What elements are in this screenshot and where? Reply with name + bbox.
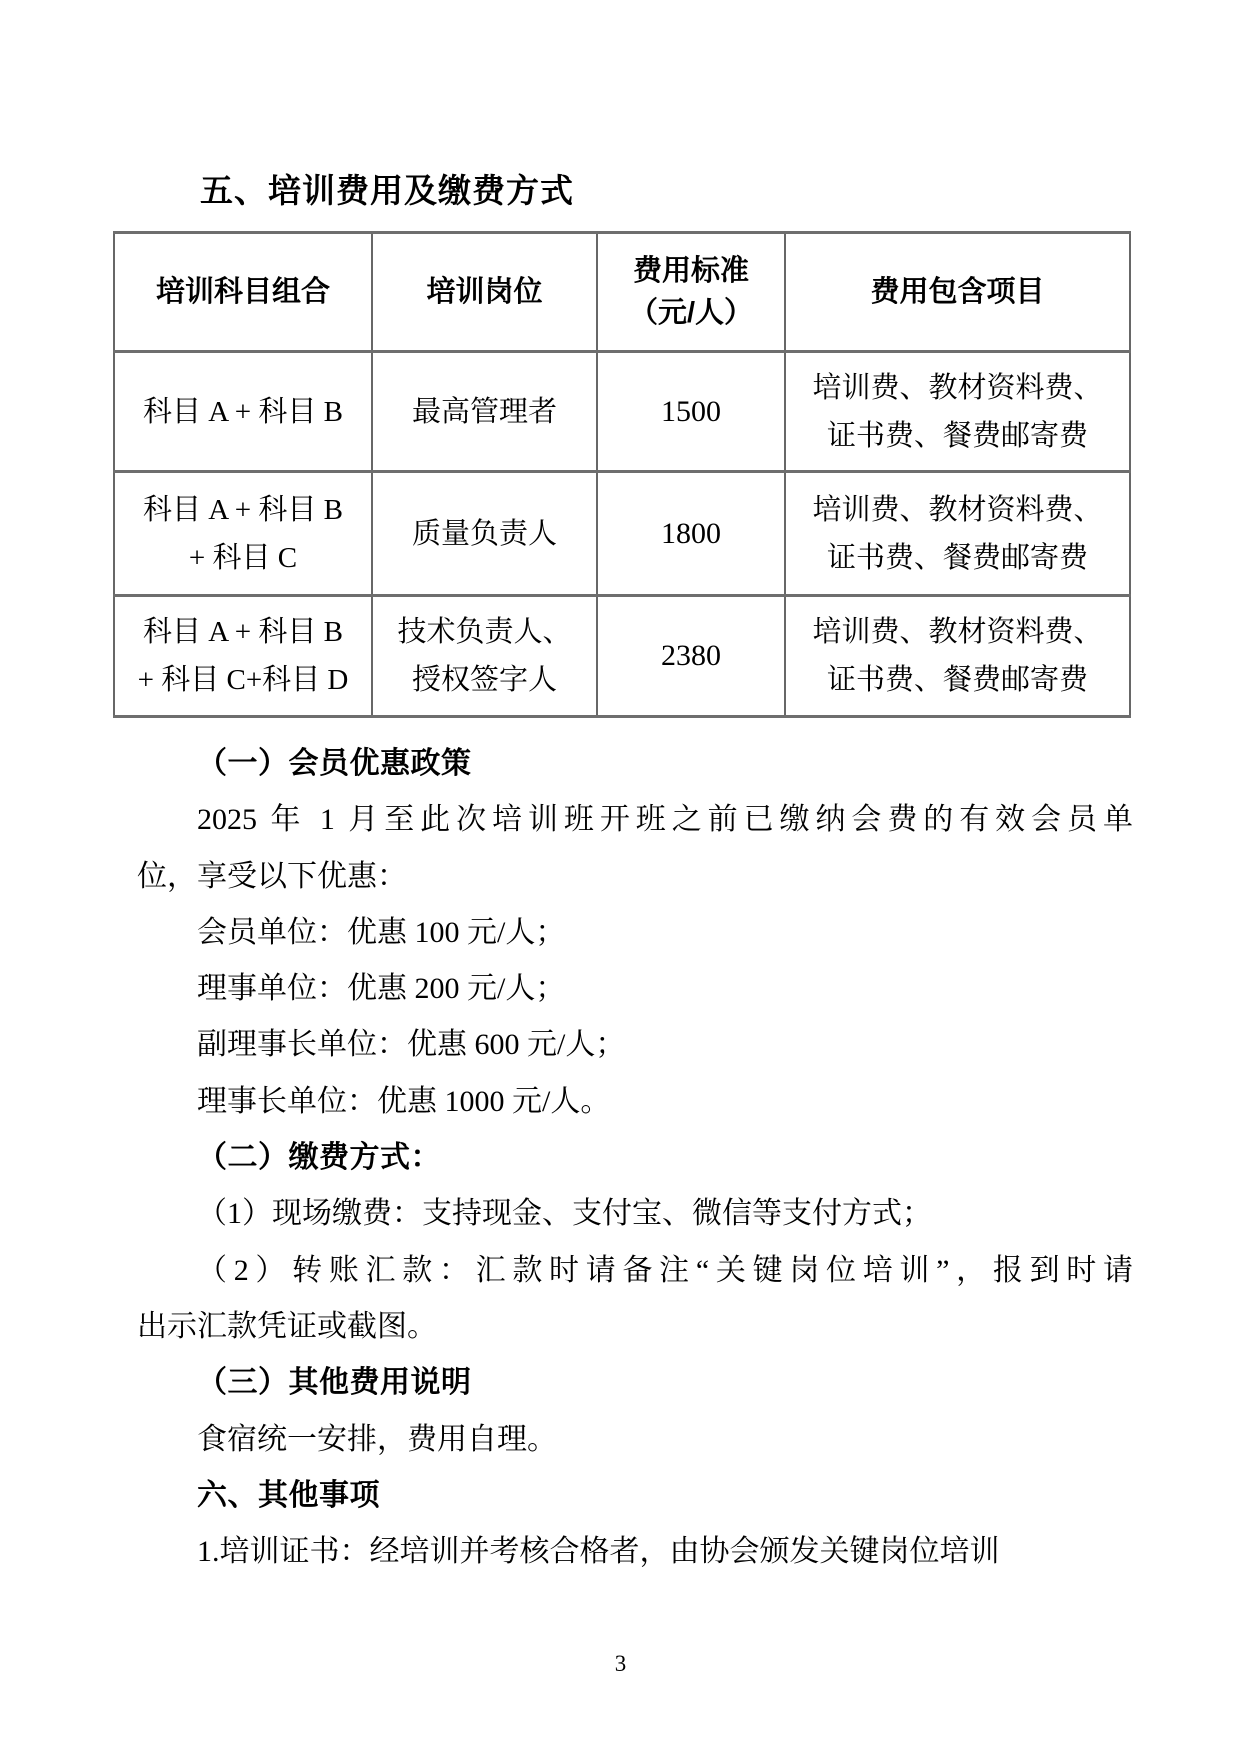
cell-fee: 1800 [597,472,785,596]
para-training-certificate: 1.培训证书：经培训并考核合格者，由协会颁发关键岗位培训 [137,1524,1133,1580]
cell-fee: 2380 [597,596,785,717]
cell-subjects: 科目 A + 科目 B [114,352,372,472]
cell-includes: 培训费、教材资料费、 证书费、餐费邮寄费 [785,472,1130,596]
fee-value: 1500 [661,395,721,428]
heading-other-matters: 六、其他事项 [137,1468,1133,1524]
header-fee-line1: 费用标准 [598,250,784,292]
discount-vice-chairman-unit: 副理事长单位：优惠 600 元/人； [137,1017,1133,1073]
position-line: 技术负责人、 [373,608,596,656]
fee-value: 2380 [661,639,721,672]
cell-subjects: 科目 A + 科目 B + 科目 C [114,472,372,596]
table-row: 科目 A + 科目 B + 科目 C 质量负责人 1800 培训费、教材资料费、… [114,472,1130,596]
includes-line: 证书费、餐费邮寄费 [786,412,1129,460]
page-number: 3 [0,1650,1241,1678]
payment-onsite: （1）现场缴费：支持现金、支付宝、微信等支付方式； [137,1186,1133,1242]
table-row: 科目 A + 科目 B + 科目 C+科目 D 技术负责人、 授权签字人 238… [114,596,1130,717]
page-title: 五、培训费用及缴费方式 [200,172,574,210]
header-fee-line2: （元/人） [598,292,784,334]
body-text: （一）会员优惠政策 2025 年 1 月至此次培训班开班之前已缴纳会费的有效会员… [137,736,1133,1580]
heading-member-discount-policy: （一）会员优惠政策 [137,736,1133,792]
table-header-row: 培训科目组合 培训岗位 费用标准 （元/人） 费用包含项目 [114,233,1130,352]
includes-line: 培训费、教材资料费、 [786,364,1129,412]
document-page: 五、培训费用及缴费方式 培训科目组合 培训岗位 费用标准 （元/人） 费用包含项… [0,0,1241,1755]
position-line: 授权签字人 [373,656,596,704]
heading-other-fees: （三）其他费用说明 [137,1355,1133,1411]
cell-fee: 1500 [597,352,785,472]
includes-line: 培训费、教材资料费、 [786,608,1129,656]
includes-line: 证书费、餐费邮寄费 [786,656,1129,704]
cell-position: 质量负责人 [372,472,597,596]
subjects-line: + 科目 C+科目 D [115,656,371,704]
header-position: 培训岗位 [372,233,597,352]
header-includes: 费用包含项目 [785,233,1130,352]
header-subjects: 培训科目组合 [114,233,372,352]
subjects-line: 科目 A + 科目 B [115,608,371,656]
subjects-line: 科目 A + 科目 B [115,486,371,534]
para-member-eligibility-line1: 2025 年 1 月至此次培训班开班之前已缴纳会费的有效会员单 [137,792,1133,848]
para-lodging: 食宿统一安排，费用自理。 [137,1412,1133,1468]
table-row: 科目 A + 科目 B 最高管理者 1500 培训费、教材资料费、 证书费、餐费… [114,352,1130,472]
para-member-eligibility-line2: 位，享受以下优惠： [137,849,1133,905]
cell-includes: 培训费、教材资料费、 证书费、餐费邮寄费 [785,352,1130,472]
subjects-line: + 科目 C [115,534,371,582]
discount-chairman-unit: 理事长单位：优惠 1000 元/人。 [137,1074,1133,1130]
includes-line: 培训费、教材资料费、 [786,486,1129,534]
heading-payment-methods: （二）缴费方式： [137,1130,1133,1186]
header-fee: 费用标准 （元/人） [597,233,785,352]
cell-position: 技术负责人、 授权签字人 [372,596,597,717]
payment-transfer-line1: （2）转账汇款：汇款时请备注“关键岗位培训”，报到时请 [137,1243,1133,1299]
discount-member-unit: 会员单位：优惠 100 元/人； [137,905,1133,961]
includes-line: 证书费、餐费邮寄费 [786,534,1129,582]
cell-includes: 培训费、教材资料费、 证书费、餐费邮寄费 [785,596,1130,717]
cell-subjects: 科目 A + 科目 B + 科目 C+科目 D [114,596,372,717]
fee-table: 培训科目组合 培训岗位 费用标准 （元/人） 费用包含项目 科目 A + 科目 … [113,231,1131,718]
discount-director-unit: 理事单位：优惠 200 元/人； [137,961,1133,1017]
payment-transfer-line2: 出示汇款凭证或截图。 [137,1299,1133,1355]
cell-position: 最高管理者 [372,352,597,472]
fee-value: 1800 [661,517,721,550]
